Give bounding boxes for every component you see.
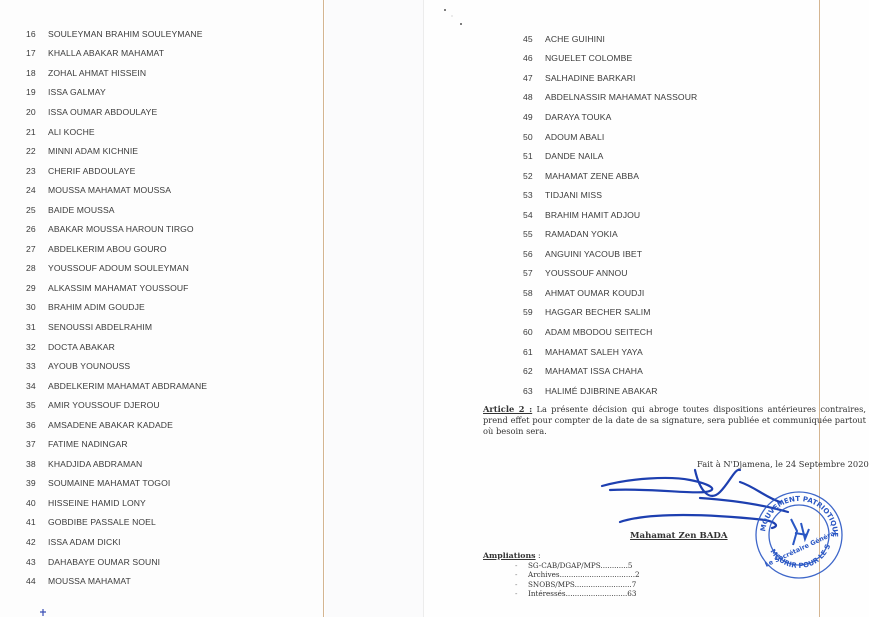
list-item: 32DOCTA ABAKAR xyxy=(26,337,207,357)
list-item: 44MOUSSA MAHAMAT xyxy=(26,571,207,591)
item-number: 47 xyxy=(523,73,545,83)
list-item: 19ISSA GALMAY xyxy=(26,83,207,103)
item-name: BRAHIM HAMIT ADJOU xyxy=(545,210,640,220)
item-name: TIDJANI MISS xyxy=(545,190,602,200)
official-stamp-icon: MOUVEMENT PATRIOTIQUE DU SALUT MOURIR PO… xyxy=(753,489,845,581)
list-item: 56ANGUINI YACOUB IBET xyxy=(523,244,697,264)
item-number: 22 xyxy=(26,146,48,156)
item-name: HALIMÉ DJIBRINE ABAKAR xyxy=(545,386,658,396)
beneficiary-list-left: 16SOULEYMAN BRAHIM SOULEYMANE17KHALLA AB… xyxy=(26,24,207,591)
item-name: ZOHAL AHMAT HISSEIN xyxy=(48,68,146,78)
item-number: 45 xyxy=(523,34,545,44)
item-name: DOCTA ABAKAR xyxy=(48,342,115,352)
item-number: 19 xyxy=(26,87,48,97)
item-name: SENOUSSI ABDELRAHIM xyxy=(48,322,152,332)
item-name: KHADJIDA ABDRAMAN xyxy=(48,459,142,469)
item-number: 62 xyxy=(523,366,545,376)
item-name: MINNI ADAM KICHNIE xyxy=(48,146,138,156)
item-name: ALKASSIM MAHAMAT YOUSSOUF xyxy=(48,283,189,293)
item-number: 28 xyxy=(26,263,48,273)
item-name: AMSADENE ABAKAR KADADE xyxy=(48,420,173,430)
item-number: 33 xyxy=(26,361,48,371)
item-name: ISSA OUMAR ABDOULAYE xyxy=(48,107,157,117)
list-item: 42ISSA ADAM DICKI xyxy=(26,532,207,552)
item-number: 16 xyxy=(26,29,48,39)
list-item: 34ABDELKERIM MAHAMAT ABDRAMANE xyxy=(26,376,207,396)
list-item: 31SENOUSSI ABDELRAHIM xyxy=(26,317,207,337)
item-number: 58 xyxy=(523,288,545,298)
item-number: 49 xyxy=(523,112,545,122)
list-item: 39SOUMAINE MAHAMAT TOGOI xyxy=(26,474,207,494)
list-item: 48ABDELNASSIR MAHAMAT NASSOUR xyxy=(523,88,697,108)
article-2-text: La présente décision qui abroge toutes d… xyxy=(483,404,866,436)
item-number: 40 xyxy=(26,498,48,508)
item-name: MAHAMAT SALEH YAYA xyxy=(545,347,643,357)
list-item: 29ALKASSIM MAHAMAT YOUSSOUF xyxy=(26,278,207,298)
signatory-name: Mahamat Zen BADA xyxy=(630,531,728,541)
list-item: 51DANDE NAILA xyxy=(523,146,697,166)
item-name: RAMADAN YOKIA xyxy=(545,229,618,239)
list-item: 61MAHAMAT SALEH YAYA xyxy=(523,342,697,362)
item-name: BAIDE MOUSSA xyxy=(48,205,115,215)
list-item: 47SALHADINE BARKARI xyxy=(523,68,697,88)
item-number: 36 xyxy=(26,420,48,430)
ampliation-item: SG-CAB/DGAP/MPS............5 xyxy=(528,561,640,570)
item-number: 39 xyxy=(26,478,48,488)
item-name: NGUELET COLOMBE xyxy=(545,53,632,63)
item-number: 63 xyxy=(523,386,545,396)
item-number: 53 xyxy=(523,190,545,200)
list-item: 24MOUSSA MAHAMAT MOUSSA xyxy=(26,180,207,200)
ampliations-list: SG-CAB/DGAP/MPS............5 Archives...… xyxy=(528,561,640,599)
item-number: 37 xyxy=(26,439,48,449)
item-name: MOUSSA MAHAMAT xyxy=(48,576,131,586)
list-item: 33AYOUB YOUNOUSS xyxy=(26,356,207,376)
item-name: HAGGAR BECHER SALIM xyxy=(545,307,651,317)
list-item: 36AMSADENE ABAKAR KADADE xyxy=(26,415,207,435)
list-item: 59HAGGAR BECHER SALIM xyxy=(523,303,697,323)
list-item: 46NGUELET COLOMBE xyxy=(523,49,697,69)
item-number: 61 xyxy=(523,347,545,357)
item-number: 57 xyxy=(523,268,545,278)
ampliations-label: Ampliations xyxy=(483,551,536,560)
item-name: DAHABAYE OUMAR SOUNI xyxy=(48,557,160,567)
item-name: YOUSSOUF ANNOU xyxy=(545,268,628,278)
item-number: 46 xyxy=(523,53,545,63)
item-name: AMIR YOUSSOUF DJEROU xyxy=(48,400,160,410)
item-name: DARAYA TOUKA xyxy=(545,112,611,122)
list-item: 35AMIR YOUSSOUF DJEROU xyxy=(26,395,207,415)
page-fold-line xyxy=(323,0,324,617)
item-number: 31 xyxy=(26,322,48,332)
item-number: 30 xyxy=(26,302,48,312)
list-item: 40HISSEINE HAMID LONY xyxy=(26,493,207,513)
item-number: 38 xyxy=(26,459,48,469)
list-item: 30BRAHIM ADIM GOUDJE xyxy=(26,298,207,318)
list-item: 43DAHABAYE OUMAR SOUNI xyxy=(26,552,207,572)
page-gap xyxy=(325,0,423,617)
item-number: 56 xyxy=(523,249,545,259)
item-number: 35 xyxy=(26,400,48,410)
item-number: 50 xyxy=(523,132,545,142)
list-item: 22MINNI ADAM KICHNIE xyxy=(26,141,207,161)
item-number: 27 xyxy=(26,244,48,254)
item-number: 51 xyxy=(523,151,545,161)
item-name: AYOUB YOUNOUSS xyxy=(48,361,130,371)
list-item: 45ACHE GUIHINI xyxy=(523,29,697,49)
item-name: KHALLA ABAKAR MAHAMAT xyxy=(48,48,164,58)
item-number: 17 xyxy=(26,48,48,58)
ampliations-heading: Ampliations : xyxy=(483,551,541,560)
list-item: 26ABAKAR MOUSSA HAROUN TIRGO xyxy=(26,219,207,239)
list-item: 21ALI KOCHE xyxy=(26,122,207,142)
list-item: 55RAMADAN YOKIA xyxy=(523,224,697,244)
list-item: 60ADAM MBODOU SEITECH xyxy=(523,322,697,342)
item-number: 44 xyxy=(26,576,48,586)
item-name: ABDELKERIM ABOU GOURO xyxy=(48,244,167,254)
list-item: 20ISSA OUMAR ABDOULAYE xyxy=(26,102,207,122)
item-name: ADAM MBODOU SEITECH xyxy=(545,327,652,337)
item-name: SOUMAINE MAHAMAT TOGOI xyxy=(48,478,170,488)
item-name: HISSEINE HAMID LONY xyxy=(48,498,146,508)
item-name: DANDE NAILA xyxy=(545,151,603,161)
item-number: 59 xyxy=(523,307,545,317)
list-item: 23CHERIF ABDOULAYE xyxy=(26,161,207,181)
list-item: 57YOUSSOUF ANNOU xyxy=(523,264,697,284)
scan-specks xyxy=(440,5,480,30)
list-item: 54BRAHIM HAMIT ADJOU xyxy=(523,205,697,225)
item-number: 60 xyxy=(523,327,545,337)
item-name: CHERIF ABDOULAYE xyxy=(48,166,135,176)
item-name: ISSA GALMAY xyxy=(48,87,106,97)
list-item: 25BAIDE MOUSSA xyxy=(26,200,207,220)
ampliations-separator: : xyxy=(536,551,541,560)
page-edge-line xyxy=(423,0,424,617)
list-item: 18ZOHAL AHMAT HISSEIN xyxy=(26,63,207,83)
item-number: 34 xyxy=(26,381,48,391)
item-number: 52 xyxy=(523,171,545,181)
item-name: ABAKAR MOUSSA HAROUN TIRGO xyxy=(48,224,194,234)
item-name: MOUSSA MAHAMAT MOUSSA xyxy=(48,185,171,195)
item-number: 23 xyxy=(26,166,48,176)
item-name: MAHAMAT ISSA CHAHA xyxy=(545,366,643,376)
ampliation-item: Intéressés...........................63 xyxy=(528,589,640,598)
item-name: ANGUINI YACOUB IBET xyxy=(545,249,642,259)
list-item: 53TIDJANI MISS xyxy=(523,185,697,205)
item-number: 48 xyxy=(523,92,545,102)
item-name: BRAHIM ADIM GOUDJE xyxy=(48,302,145,312)
item-name: AHMAT OUMAR KOUDJI xyxy=(545,288,644,298)
item-name: FATIME NADINGAR xyxy=(48,439,128,449)
list-item: 27ABDELKERIM ABOU GOURO xyxy=(26,239,207,259)
item-name: ALI KOCHE xyxy=(48,127,95,137)
item-number: 32 xyxy=(26,342,48,352)
item-number: 55 xyxy=(523,229,545,239)
item-number: 18 xyxy=(26,68,48,78)
ampliation-item: Archives................................… xyxy=(528,570,640,579)
item-name: ADOUM ABALI xyxy=(545,132,604,142)
item-name: ISSA ADAM DICKI xyxy=(48,537,121,547)
item-name: YOUSSOUF ADOUM SOULEYMAN xyxy=(48,263,189,273)
item-name: ACHE GUIHINI xyxy=(545,34,605,44)
item-name: MAHAMAT ZENE ABBA xyxy=(545,171,639,181)
article-2-label: Article 2 : xyxy=(483,404,532,414)
item-number: 20 xyxy=(26,107,48,117)
item-name: ABDELNASSIR MAHAMAT NASSOUR xyxy=(545,92,697,102)
list-item: 16SOULEYMAN BRAHIM SOULEYMANE xyxy=(26,24,207,44)
item-number: 29 xyxy=(26,283,48,293)
list-item: 37FATIME NADINGAR xyxy=(26,434,207,454)
list-item: 17KHALLA ABAKAR MAHAMAT xyxy=(26,44,207,64)
item-number: 25 xyxy=(26,205,48,215)
list-item: 41GOBDIBE PASSALE NOEL xyxy=(26,513,207,533)
item-name: ABDELKERIM MAHAMAT ABDRAMANE xyxy=(48,381,207,391)
list-item: 38KHADJIDA ABDRAMAN xyxy=(26,454,207,474)
list-item: 58AHMAT OUMAR KOUDJI xyxy=(523,283,697,303)
item-number: 54 xyxy=(523,210,545,220)
item-number: 24 xyxy=(26,185,48,195)
item-name: SOULEYMAN BRAHIM SOULEYMANE xyxy=(48,29,203,39)
list-item: 49DARAYA TOUKA xyxy=(523,107,697,127)
list-item: 50ADOUM ABALI xyxy=(523,127,697,147)
item-number: 42 xyxy=(26,537,48,547)
list-item: 62MAHAMAT ISSA CHAHA xyxy=(523,361,697,381)
beneficiary-list-right: 45ACHE GUIHINI46NGUELET COLOMBE47SALHADI… xyxy=(523,29,697,400)
article-2: Article 2 : La présente décision qui abr… xyxy=(483,404,866,438)
item-name: SALHADINE BARKARI xyxy=(545,73,636,83)
ampliation-item: SNOBS/MPS.........................7 xyxy=(528,580,640,589)
item-number: 21 xyxy=(26,127,48,137)
list-item: 63HALIMÉ DJIBRINE ABAKAR xyxy=(523,381,697,401)
ink-mark-icon xyxy=(38,608,48,617)
item-name: GOBDIBE PASSALE NOEL xyxy=(48,517,156,527)
item-number: 26 xyxy=(26,224,48,234)
list-item: 52MAHAMAT ZENE ABBA xyxy=(523,166,697,186)
item-number: 43 xyxy=(26,557,48,567)
item-number: 41 xyxy=(26,517,48,527)
list-item: 28YOUSSOUF ADOUM SOULEYMAN xyxy=(26,259,207,279)
